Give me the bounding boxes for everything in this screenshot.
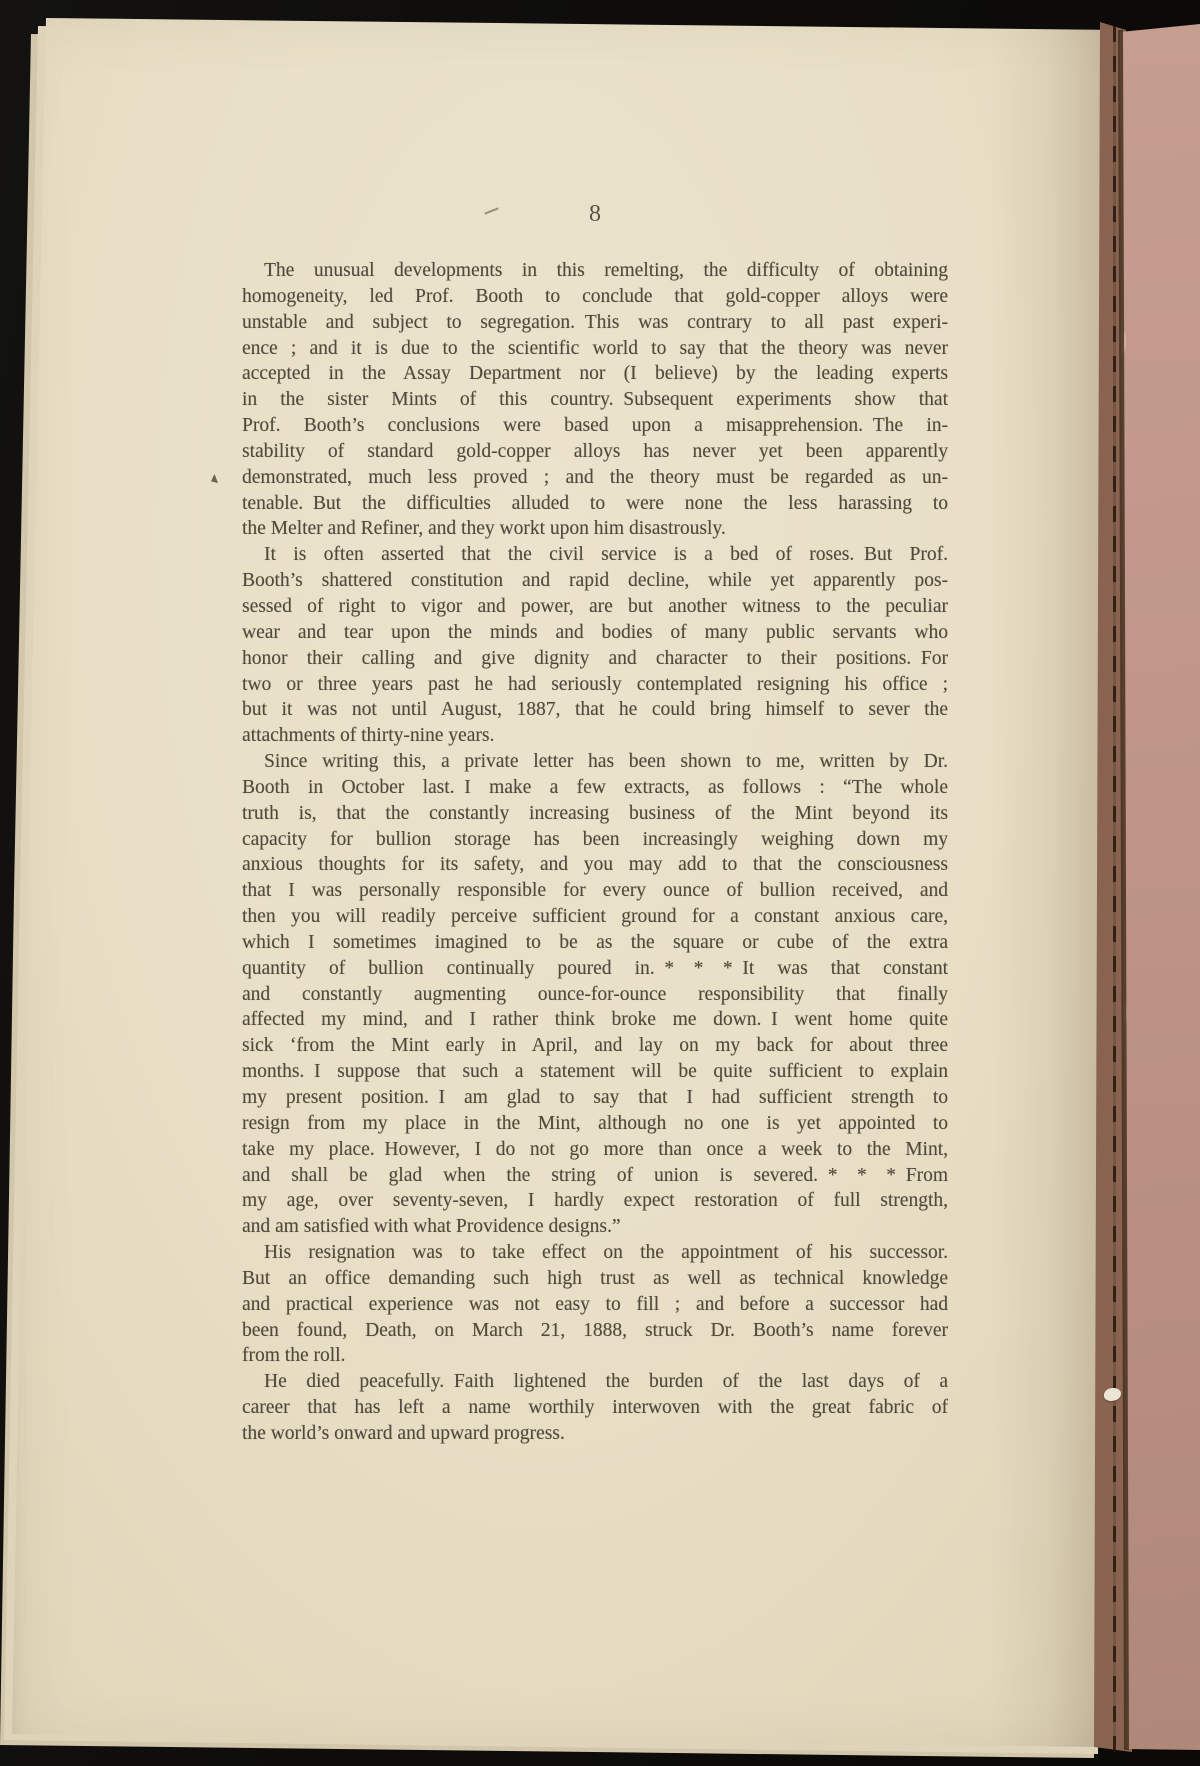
text-line: Booth’s shattered constitution and rapid… bbox=[242, 568, 948, 594]
text-line: Booth in October last. I make a few extr… bbox=[242, 775, 948, 801]
text-line: quantity of bullion continually poured i… bbox=[242, 956, 948, 982]
text-line: But an office demanding such high trust … bbox=[242, 1266, 948, 1292]
text-line: attachments of thirty-nine years. bbox=[242, 723, 948, 749]
text-line: and am satisfied with what Providence de… bbox=[242, 1214, 948, 1240]
text-line: the world’s onward and upward progress. bbox=[242, 1421, 948, 1447]
text-line: Since writing this, a private letter has… bbox=[242, 749, 948, 775]
text-line: two or three years past he had seriously… bbox=[242, 672, 948, 698]
text-line: He died peacefully. Faith lightened the … bbox=[242, 1369, 948, 1395]
text-line: the Melter and Refiner, and they workt u… bbox=[242, 516, 948, 542]
text-line: resign from my place in the Mint, althou… bbox=[242, 1111, 948, 1137]
text-line: sessed of right to vigor and power, are … bbox=[242, 594, 948, 620]
book-page: 8 The unusual developments in this remel… bbox=[0, 0, 1200, 1766]
text-line: take my place. However, I do not go more… bbox=[242, 1137, 948, 1163]
ink-speck bbox=[211, 474, 218, 483]
text-line: my present position. I am glad to say th… bbox=[242, 1085, 948, 1111]
text-line: that I was personally responsible for ev… bbox=[242, 878, 948, 904]
text-line: accepted in the Assay Department nor (I … bbox=[242, 361, 948, 387]
text-line: unstable and subject to segregation. Thi… bbox=[242, 310, 948, 336]
text-line: and constantly augmenting ounce-for-ounc… bbox=[242, 982, 948, 1008]
text-line: It is often asserted that the civil serv… bbox=[242, 542, 948, 568]
text-line: my age, over seventy-seven, I hardly exp… bbox=[242, 1188, 948, 1214]
text-line: affected my mind, and I rather think bro… bbox=[242, 1007, 948, 1033]
book-photo: 8 The unusual developments in this remel… bbox=[0, 0, 1200, 1766]
text-line: in the sister Mints of this country. Sub… bbox=[242, 387, 948, 413]
text-line: Prof. Booth’s conclusions were based upo… bbox=[242, 413, 948, 439]
text-line: demonstrated, much less proved ; and the… bbox=[242, 465, 948, 491]
text-line: sick ‘from the Mint early in April, and … bbox=[242, 1033, 948, 1059]
text-line: wear and tear upon the minds and bodies … bbox=[242, 620, 948, 646]
text-line: months. I suppose that such a statement … bbox=[242, 1059, 948, 1085]
text-line: from the roll. bbox=[242, 1343, 948, 1369]
text-line: stability of standard gold-copper alloys… bbox=[242, 439, 948, 465]
text-line: ence ; and it is due to the scientific w… bbox=[242, 336, 948, 362]
text-line: been found, Death, on March 21, 1888, st… bbox=[242, 1318, 948, 1344]
text-line: but it was not until August, 1887, that … bbox=[242, 697, 948, 723]
page-text: The unusual developments in this remelti… bbox=[242, 258, 948, 1447]
text-line: tenable. But the difficulties alluded to… bbox=[242, 491, 948, 517]
text-line: capacity for bullion storage has been in… bbox=[242, 827, 948, 853]
text-line: homogeneity, led Prof. Booth to conclude… bbox=[242, 284, 948, 310]
text-line: anxious thoughts for its safety, and you… bbox=[242, 852, 948, 878]
text-line: then you will readily perceive sufficien… bbox=[242, 904, 948, 930]
text-line: His resignation was to take effect on th… bbox=[242, 1240, 948, 1266]
page-number: 8 bbox=[242, 202, 948, 226]
text-line: The unusual developments in this remelti… bbox=[242, 258, 948, 284]
stitch-line bbox=[1113, 26, 1116, 1752]
text-line: and shall be glad when the string of uni… bbox=[242, 1163, 948, 1189]
text-line: and practical experience was not easy to… bbox=[242, 1292, 948, 1318]
text-line: career that has left a name worthily int… bbox=[242, 1395, 948, 1421]
text-line: truth is, that the constantly increasing… bbox=[242, 801, 948, 827]
text-line: which I sometimes imagined to be as the … bbox=[242, 930, 948, 956]
text-line: honor their calling and give dignity and… bbox=[242, 646, 948, 672]
